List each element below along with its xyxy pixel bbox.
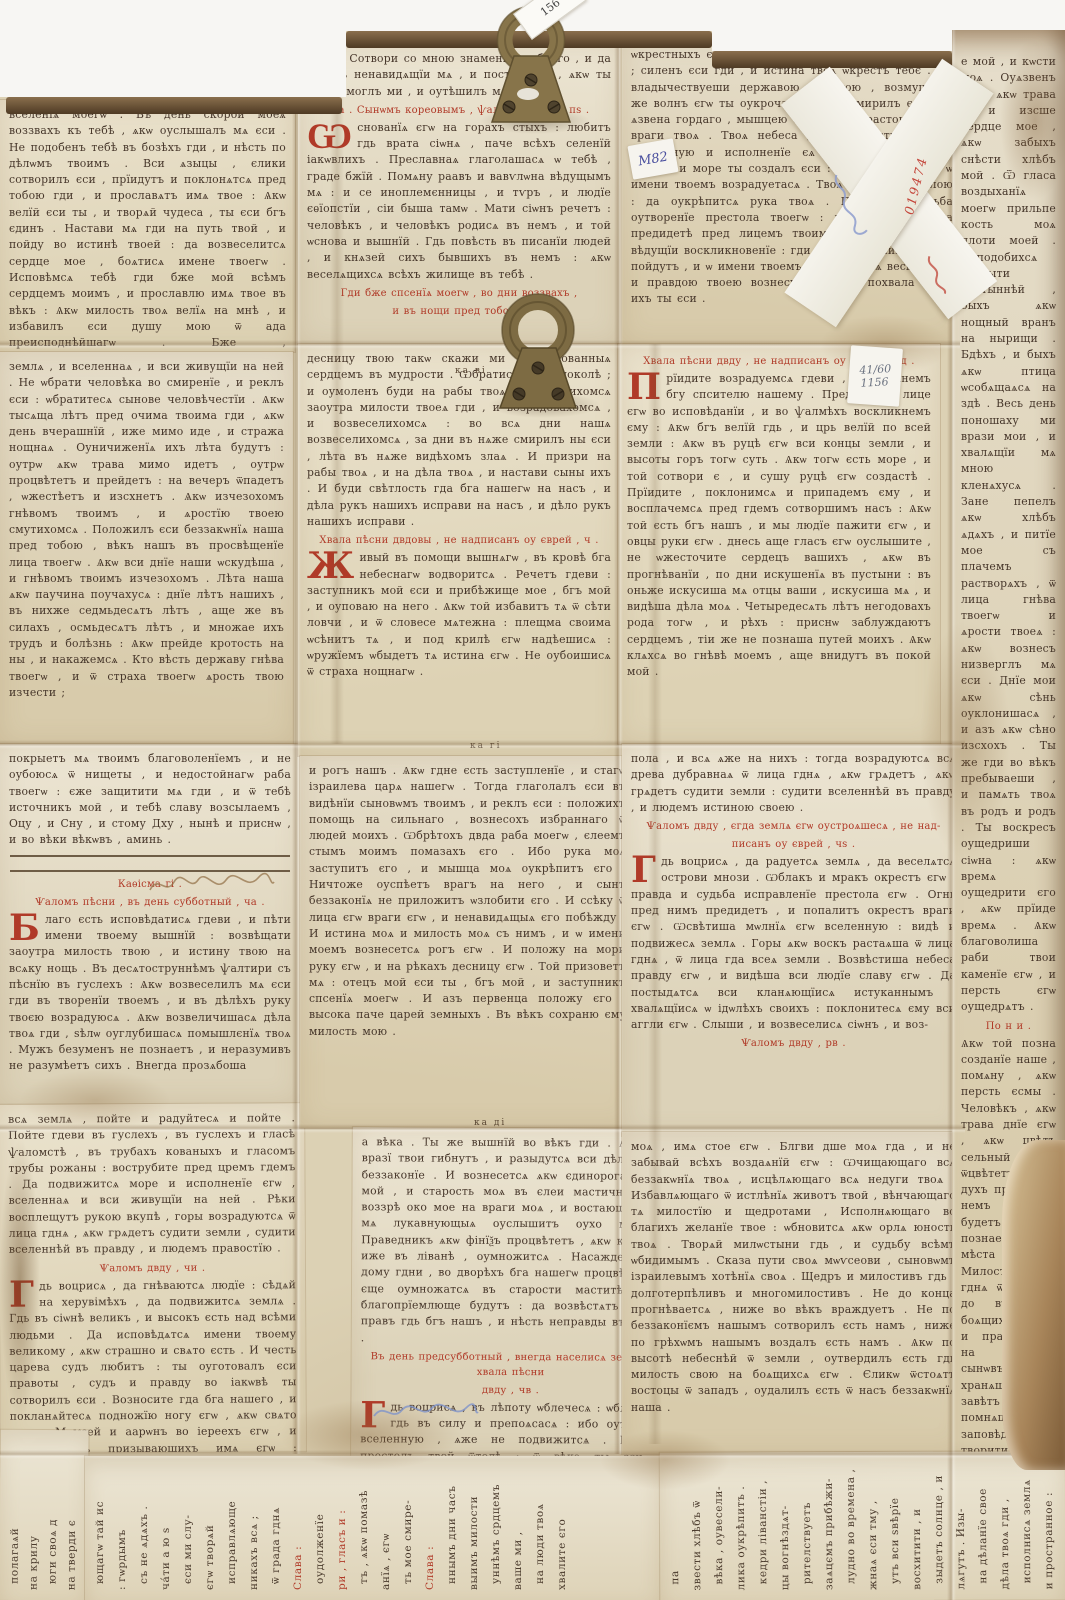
fold-crease — [330, 44, 344, 744]
psalm-paragraph: Живый въ помощи вышнѧгѡ , въ кровѣ бга н… — [307, 550, 611, 680]
sideways-rubric-line: Слава : — [423, 1466, 437, 1590]
sideways-text-line: ча́ти а ю ѕ — [159, 1466, 173, 1590]
sideways-text-line: кедри ліванстіи , — [756, 1462, 770, 1590]
sideways-text-line: єси ми слу- — [181, 1466, 195, 1590]
sideways-text-line: ваше ми , — [511, 1466, 525, 1590]
sideways-text-line: исполнисѧ землѧ — [1020, 1461, 1034, 1589]
sideways-text-line: дѣла твоѧ гди , — [998, 1461, 1012, 1589]
psalm-paragraph: вселенїѧ моегѡ . Въ день скорби моеѧ воз… — [9, 107, 286, 352]
stain — [920, 620, 1010, 860]
sideways-text-line: на крилу — [26, 1440, 41, 1590]
blue-pencil-script-mark — [370, 1400, 482, 1426]
stain — [0, 1140, 40, 1420]
psalm-paragraph: Гдь воцрисѧ , да гнѣваютсѧ людїе : сѣдѧй… — [9, 1277, 297, 1453]
sideways-text-line: восхитити , и — [910, 1462, 924, 1590]
sideways-page-strip-main: ющагѡ тай ис: гѡрдымъсъ не ѧдѧхъ .ча́ти … — [85, 1456, 660, 1600]
sideways-text-line: лика оукрѣпитъ . — [734, 1462, 748, 1590]
psalter-page-block: землѧ , и вселеннаѧ , и вси живущїи на н… — [0, 352, 293, 744]
sideways-text-line: вѣка , оувесели- — [712, 1462, 726, 1590]
paper-seam — [0, 1124, 965, 1133]
psalm-paragraph: Прїидите возрадуемсѧ гдеви , воскликнемъ… — [627, 371, 931, 681]
sideways-text-line: зыдетъ солнце , и — [932, 1462, 946, 1590]
sideways-text-line: рителствуетъ — [800, 1462, 814, 1590]
rubric-heading: По н и . — [961, 1019, 1056, 1034]
sideways-text-line: ѿ града гднѧ — [269, 1466, 283, 1590]
sideways-text-line: на люди твоѧ — [533, 1466, 547, 1590]
sideways-text-line: заѧцємъ прибѣжи- — [822, 1462, 836, 1590]
rubric-heading: Хвала пѣсни двдовы , не надписанъ оу євр… — [307, 533, 611, 548]
stain — [600, 1430, 730, 1490]
paper-seam — [0, 740, 965, 749]
rubric-heading: писанъ оу єврей , чѕ . — [631, 837, 956, 852]
psalm-paragraph: пола , и всѧ ѧже на нихъ : тогда возраду… — [631, 751, 956, 816]
drop-cap-initial: Б — [9, 912, 45, 942]
sideways-text-line: анїѧ , єгѡ — [379, 1466, 393, 1590]
sideways-text-line: на дѣланїе свое — [976, 1462, 990, 1590]
sideways-text-line: єгѡ творѧй — [203, 1466, 217, 1590]
backdrop — [0, 0, 346, 97]
sideways-text-line: хвалите єго — [555, 1466, 569, 1590]
shelf-number-text: М82 — [637, 149, 669, 169]
backdrop — [952, 0, 1065, 30]
rubric-heading: Ѱаломъ двду , єгда землѧ єгѡ оустроѧшесѧ… — [631, 819, 956, 834]
stain — [1000, 40, 1065, 200]
rubric-heading: Ѱаломъ двду , чи . — [9, 1260, 296, 1277]
rubric-heading: Ѱаломъ двду , рв . — [631, 1036, 956, 1051]
sideways-text-line: юги своѧ д — [45, 1440, 60, 1590]
psalm-paragraph: Ѡснованїѧ єгѡ на горахъ стыхъ : любитъ г… — [307, 120, 611, 283]
sideways-text-line: никахъ всѧ ; — [247, 1466, 261, 1590]
sideways-text-line: ннымъ дни часъ — [445, 1466, 459, 1590]
psalm-paragraph: моѧ , имѧ стое єгѡ . Блгви дше моѧ гда ,… — [631, 1139, 956, 1416]
sideways-text-line: ть мое смире- — [401, 1466, 415, 1590]
paint-drip — [517, 88, 539, 100]
board-top-edge — [712, 51, 952, 68]
paper-seam — [0, 1450, 1065, 1459]
sideways-text-line: и пространное : — [1042, 1461, 1056, 1589]
psalter-page-block: вселенїѧ моегѡ . Въ день скорби моеѧ воз… — [0, 100, 295, 352]
board-top-edge — [6, 97, 342, 114]
sideways-text-line: цы вогнѣздѧт- — [778, 1462, 792, 1590]
sideways-rubric-line: Слава : — [291, 1466, 305, 1590]
string-tag-number: 156 — [538, 0, 563, 18]
sideways-text-line: полагаѧй — [7, 1440, 22, 1590]
psalm-paragraph: покрыетъ мѧ твоимъ благоволенїемъ , и не… — [9, 751, 291, 849]
sideways-text-line: жнаѧ єси тму , — [866, 1462, 880, 1590]
backdrop — [712, 0, 952, 51]
sideways-text-line: съ не ѧдѧхъ . — [137, 1466, 151, 1590]
psalter-page-block: покрыетъ мѧ твоимъ благоволенїемъ , и не… — [0, 744, 300, 1104]
sideways-text-line: исправлѧюще — [225, 1466, 239, 1590]
inventory-sticker: 41/60 1156 — [847, 345, 903, 406]
sideways-text-line: лудно во времена , — [844, 1462, 858, 1590]
sideways-text-line: уннѣмъ срдцемъ — [489, 1466, 503, 1590]
psalter-page-block: всѧ землѧ , пойте и радуйтесѧ и пойте . … — [0, 1103, 306, 1453]
psalm-paragraph: землѧ , и вселеннаѧ , и вси живущїи на н… — [9, 359, 284, 701]
sideways-text-line: тъ , ѧкѡ помазѣ — [357, 1466, 371, 1590]
mounting-plate — [500, 348, 576, 408]
brown-ink-script-mark — [146, 870, 278, 900]
inventory-sticker-line2: 1156 — [860, 375, 889, 389]
paper-seam — [292, 44, 301, 1454]
sideways-text-line: на тверди є — [64, 1440, 79, 1590]
psalm-paragraph: Гдь воцрисѧ , да радуетсѧ землѧ , да вес… — [631, 854, 956, 1033]
hanging-plate-middle — [478, 282, 598, 410]
psalter-page-block: и рогъ нашъ . Ѧкѡ гдне єсть заступленїе … — [300, 756, 635, 1128]
stain — [20, 1070, 170, 1130]
psalm-paragraph: и рогъ нашъ . Ѧкѡ гдне єсть заступленїе … — [309, 763, 626, 1040]
psalter-page-block: пола , и всѧ ѧже на нихъ : тогда возраду… — [622, 744, 965, 1136]
sideways-text-line: ющагѡ тай ис — [93, 1466, 107, 1590]
sideways-text-line: выимъ милости — [467, 1466, 481, 1590]
crumpled-paper-edge — [1002, 1140, 1065, 1470]
psalm-paragraph: Благо єсть исповѣдатисѧ гдеви , и пѣти и… — [9, 912, 291, 1075]
sideways-text-line: : гѡрдымъ — [115, 1466, 129, 1590]
sideways-text-line: утъ вси ѕвѣрїе — [888, 1462, 902, 1590]
psalter-page-block: моѧ , имѧ стое єгѡ . Блгви дше моѧ гда ,… — [622, 1132, 965, 1454]
sideways-text-line: оудолженїе — [313, 1466, 327, 1590]
fold-crease — [648, 344, 662, 1444]
sideways-rubric-line: ри , гласъ и : — [335, 1466, 349, 1590]
icon-back-panel-photo: вселенїѧ моегѡ . Въ день скорби моеѧ воз… — [0, 0, 1065, 1600]
